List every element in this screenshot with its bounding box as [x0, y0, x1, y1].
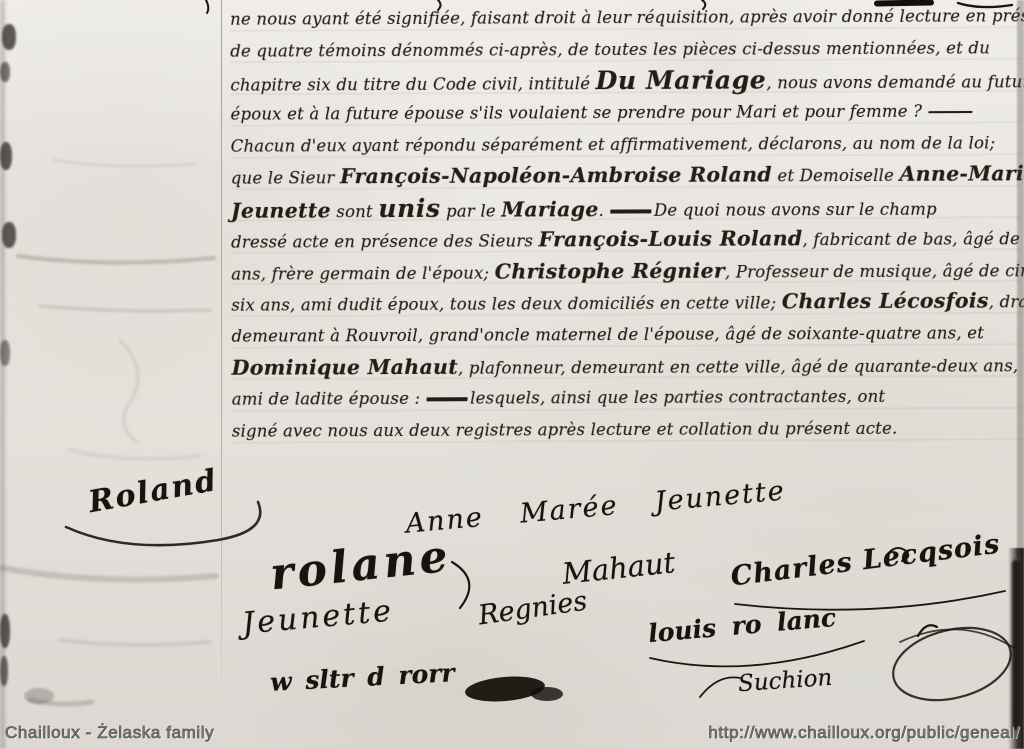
- record-line: Jeunette sont unis par le Mariage. ——— D…: [231, 190, 1021, 225]
- edge-artifact: [2, 24, 16, 50]
- record-line: dressé acte en présence des Sieurs Franç…: [231, 222, 1021, 257]
- witness-2-name: Christophe Régnier: [495, 258, 725, 283]
- bleedthrough-marks: [2, 160, 216, 704]
- signature-jeunette: Jeunette: [241, 593, 396, 641]
- ink-blot: [464, 674, 546, 705]
- witness-3-name: Charles Lécosfois: [782, 289, 989, 314]
- edge-artifact: [24, 688, 54, 704]
- edge-artifact: [0, 62, 10, 82]
- signature-rolane-groom: rolane: [268, 531, 454, 601]
- register-margin-line: [221, 0, 222, 722]
- source-url-caption: http://www.chailloux.org/public/geneal/: [708, 723, 1020, 743]
- family-caption: Chailloux - Żelaska family: [5, 723, 214, 743]
- edge-artifact: [0, 614, 10, 648]
- separator-dash: ———: [426, 389, 465, 408]
- bride-name: Anne-Marie: [899, 162, 1024, 187]
- unis-word: unis: [378, 194, 440, 223]
- bride-surname: Jeunette: [231, 198, 331, 222]
- record-line: de quatre témoins dénommés ci-après, de …: [230, 32, 1020, 67]
- record-line: signé avec nous aux deux registres après…: [232, 412, 1022, 447]
- document-scan: { "colors": { "paper": "#e9e6e0", "ink":…: [0, 0, 1024, 749]
- du-mariage-heading: Du Mariage: [596, 66, 767, 96]
- signature-regnier: Regnies: [476, 586, 589, 632]
- signature-louis-roland: louis ro lanc: [647, 603, 837, 648]
- witness-4-name: Dominique Mahaut: [232, 354, 458, 379]
- mariage-word: Mariage: [501, 197, 598, 221]
- suchion-leadin: [700, 677, 740, 697]
- paraph-oval: [886, 616, 1019, 711]
- scan-right-edge-shade: [1017, 0, 1024, 556]
- witness-1-name: François-Louis Roland: [538, 226, 802, 251]
- edge-artifact: [0, 656, 8, 686]
- charles-underline: [735, 591, 1005, 610]
- signature-illegible-witness: w sltr d rorr: [269, 658, 455, 697]
- edge-artifact: [2, 222, 16, 248]
- torn-top-line-fragment: [206, 0, 208, 13]
- record-line: ne nous ayant été signifiée, faisant dro…: [230, 0, 1020, 35]
- edge-artifact: [0, 340, 10, 366]
- record-line: chapitre six du titre du Code civil, int…: [230, 64, 1020, 99]
- record-line: demeurant à Rouvroil, grand'oncle matern…: [231, 317, 1021, 352]
- separator-dash: ———: [609, 201, 648, 220]
- record-line: ans, frère germain de l'époux; Christoph…: [231, 254, 1021, 289]
- signature-mahaut: Mahaut: [561, 545, 677, 591]
- record-line: que le Sieur François-Napoléon-Ambroise …: [231, 159, 1021, 194]
- edge-artifact: [0, 142, 12, 170]
- record-line-text: de quatre témoins dénommés ci-après, de …: [230, 38, 990, 60]
- record-line: six ans, ami dudit époux, tous les deux …: [231, 285, 1021, 320]
- scan-right-edge-streak: [1012, 560, 1020, 730]
- rolane-flourish: [452, 562, 469, 608]
- record-line: Dominique Mahaut, plafonneur, demeurant …: [232, 349, 1022, 384]
- signature-anne-marie-jeunette: Anne Marée Jeunette: [404, 475, 787, 539]
- signature-suchion: Suchion: [737, 665, 833, 698]
- separator-dash: ———: [928, 102, 972, 121]
- record-line: ami de ladite épouse : ——— lesquels, ain…: [232, 381, 1022, 416]
- record-line: Chacun d'eux ayant répondu séparément et…: [231, 127, 1021, 162]
- record-line: époux et à la future épouse s'ils voulai…: [230, 95, 1020, 130]
- record-line-text: ne nous ayant été signifiée, faisant dro…: [230, 6, 1024, 29]
- signature-roland-officiant: Roland: [86, 463, 221, 520]
- signature-charles-lecqsois: Charles Lecqsois: [729, 529, 1002, 593]
- groom-name: François-Napoléon-Ambroise Roland: [340, 163, 772, 189]
- marriage-record-text: ne nous ayant été signifiée, faisant dro…: [230, 0, 1022, 447]
